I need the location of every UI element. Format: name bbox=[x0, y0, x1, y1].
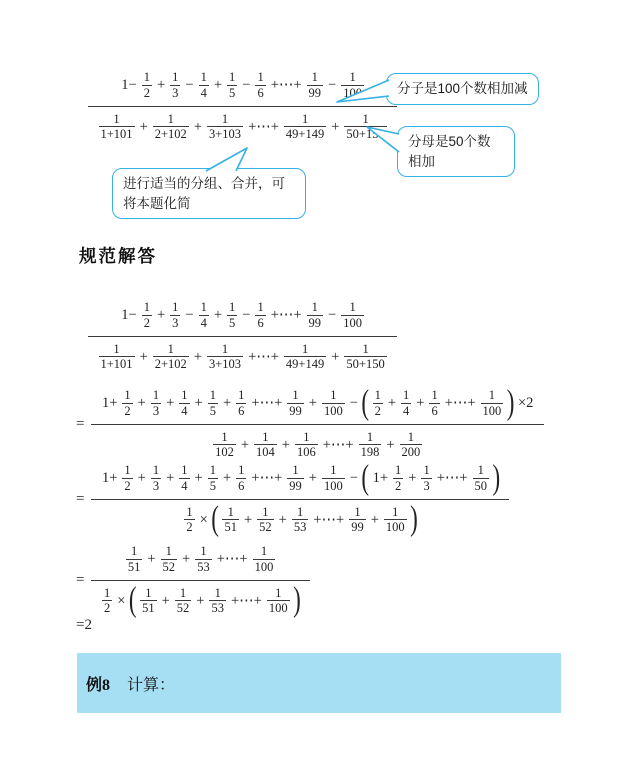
fraction: 14 bbox=[199, 300, 209, 331]
fraction-numerator: 1 bbox=[328, 463, 338, 478]
fraction-denominator: 51 bbox=[222, 519, 239, 535]
fraction-denominator: 53 bbox=[195, 559, 212, 575]
math-operator: + bbox=[138, 396, 146, 411]
fraction-numerator: 1 bbox=[310, 70, 320, 85]
fraction-denominator: 4 bbox=[179, 403, 189, 419]
fraction: 13+103 bbox=[207, 112, 243, 143]
fraction: 1198 bbox=[359, 430, 382, 461]
fraction-numerator: 1 bbox=[300, 112, 310, 127]
fraction: 151 bbox=[140, 586, 157, 617]
equals-sign: = bbox=[76, 416, 84, 433]
fraction: 1106 bbox=[295, 430, 318, 461]
fraction-denominator: 100 bbox=[322, 403, 345, 419]
fraction: 12+102 bbox=[153, 342, 189, 373]
fraction-numerator: 1 bbox=[111, 342, 121, 357]
math-operator: − bbox=[185, 308, 193, 323]
math-operator: + bbox=[309, 471, 317, 486]
math-operator: + bbox=[388, 396, 396, 411]
fraction-numerator: 1 bbox=[170, 300, 180, 315]
callout-method-note: 进行适当的分组、合并，可将本题化简 bbox=[112, 168, 306, 219]
fraction-numerator: 1 bbox=[199, 300, 209, 315]
big-fraction: 1+12+13+14+15+16+⋯+199+1100−(12+14+16+⋯+… bbox=[91, 388, 543, 460]
fraction-numerator: 1 bbox=[111, 112, 121, 127]
math-operator: − bbox=[328, 78, 336, 93]
fraction: 12 bbox=[373, 388, 383, 419]
fraction-denominator: 99 bbox=[307, 85, 324, 101]
fraction-numerator: 1 bbox=[208, 388, 218, 403]
fraction-denominator: 51 bbox=[126, 559, 143, 575]
fraction: 153 bbox=[195, 544, 212, 575]
fraction-bar bbox=[91, 424, 543, 425]
math-operator: − bbox=[242, 308, 250, 323]
fraction-denominator: 99 bbox=[287, 478, 304, 494]
math-operator: +⋯+ bbox=[251, 396, 282, 411]
math-operator: ×2 bbox=[518, 396, 533, 411]
math-operator: +⋯+ bbox=[271, 308, 302, 323]
fraction-numerator: 1 bbox=[184, 505, 194, 520]
fraction-denominator: 2 bbox=[102, 600, 112, 616]
fraction-denominator: 4 bbox=[179, 478, 189, 494]
fraction-denominator: 6 bbox=[429, 403, 439, 419]
fraction-numerator: 1 bbox=[347, 70, 357, 85]
math-operator: + bbox=[195, 396, 203, 411]
big-fraction-denominator: 1102+1104+1106+⋯+1198+1200 bbox=[203, 430, 433, 461]
math-operator: + bbox=[279, 513, 287, 528]
fraction: 16 bbox=[236, 388, 246, 419]
math-operator: + bbox=[166, 396, 174, 411]
math-operator: − bbox=[350, 396, 358, 411]
fraction-numerator: 1 bbox=[236, 388, 246, 403]
big-fraction: 1+12+13+14+15+16+⋯+199+1100−(1+12+13+⋯+1… bbox=[91, 463, 509, 535]
fraction-numerator: 1 bbox=[213, 586, 223, 601]
math-operator: +⋯+ bbox=[217, 552, 248, 567]
solution-step-4: = 151+152+153+⋯+110012×(151+152+153+⋯+11… bbox=[76, 544, 310, 616]
fraction: 12 bbox=[122, 463, 132, 494]
fraction-numerator: 1 bbox=[259, 544, 269, 559]
math-operator: +⋯+ bbox=[271, 78, 302, 93]
fraction: 14 bbox=[199, 70, 209, 101]
fraction: 152 bbox=[161, 544, 178, 575]
math-operator: + bbox=[195, 471, 203, 486]
fraction-numerator: 1 bbox=[301, 430, 311, 445]
math-operator: + bbox=[241, 438, 249, 453]
math-operator: + bbox=[214, 308, 222, 323]
fraction-denominator: 1+101 bbox=[99, 126, 135, 142]
fraction-numerator: 1 bbox=[476, 463, 486, 478]
fraction-numerator: 1 bbox=[290, 388, 300, 403]
fraction-numerator: 1 bbox=[164, 544, 174, 559]
fraction-numerator: 1 bbox=[295, 505, 305, 520]
fraction: 1200 bbox=[400, 430, 423, 461]
fraction-denominator: 53 bbox=[209, 600, 226, 616]
big-fraction-denominator: 11+101+12+102+13+103+⋯+149+149+150+150 bbox=[88, 342, 397, 373]
textbook-page: 1−12+13−14+15−16+⋯+199−110011+101+12+102… bbox=[0, 0, 642, 763]
callout-denominator-note: 分母是50个数相加 bbox=[397, 126, 515, 177]
fraction-denominator: 6 bbox=[236, 478, 246, 494]
fraction-numerator: 1 bbox=[401, 388, 411, 403]
fraction: 15 bbox=[208, 463, 218, 494]
fraction-denominator: 52 bbox=[161, 559, 178, 575]
next-example-banner: 例8 计算： bbox=[77, 653, 561, 713]
math-operator: + bbox=[140, 350, 148, 365]
fraction-numerator: 1 bbox=[365, 430, 375, 445]
fraction: 152 bbox=[175, 586, 192, 617]
fraction: 150 bbox=[473, 463, 490, 494]
fraction-numerator: 1 bbox=[406, 430, 416, 445]
math-operator: +⋯+ bbox=[313, 513, 344, 528]
fraction-denominator: 100 bbox=[253, 559, 276, 575]
fraction: 199 bbox=[349, 505, 366, 536]
math-operator: × bbox=[117, 594, 125, 609]
fraction-numerator: 1 bbox=[290, 463, 300, 478]
fraction-denominator: 3+103 bbox=[207, 356, 243, 372]
fraction-denominator: 5 bbox=[208, 403, 218, 419]
fraction-numerator: 1 bbox=[179, 388, 189, 403]
fraction-denominator: 2 bbox=[393, 478, 403, 494]
fraction: 149+149 bbox=[284, 112, 326, 143]
big-fraction: 151+152+153+⋯+110012×(151+152+153+⋯+1100… bbox=[91, 544, 309, 616]
math-operator: +⋯+ bbox=[437, 471, 468, 486]
fraction: 13 bbox=[421, 463, 431, 494]
fraction-numerator: 1 bbox=[166, 342, 176, 357]
fraction: 12 bbox=[142, 300, 152, 331]
fraction-numerator: 1 bbox=[208, 463, 218, 478]
fraction-numerator: 1 bbox=[429, 388, 439, 403]
fraction-denominator: 102 bbox=[213, 444, 236, 460]
math-operator: + bbox=[157, 308, 165, 323]
fraction-numerator: 1 bbox=[102, 586, 112, 601]
fraction: 15 bbox=[208, 388, 218, 419]
fraction-numerator: 1 bbox=[487, 388, 497, 403]
fraction-denominator: 52 bbox=[257, 519, 274, 535]
math-operator: + bbox=[223, 396, 231, 411]
fraction: 149+149 bbox=[284, 342, 326, 373]
math-operator: + bbox=[331, 120, 339, 135]
fraction-numerator: 1 bbox=[122, 388, 132, 403]
example-label: 例8 bbox=[86, 672, 110, 695]
paren-open: ( bbox=[361, 388, 369, 419]
math-operator: + bbox=[140, 120, 148, 135]
fraction: 14 bbox=[179, 388, 189, 419]
fraction-denominator: 50 bbox=[473, 478, 490, 494]
fraction-denominator: 52 bbox=[175, 600, 192, 616]
fraction-denominator: 100 bbox=[481, 403, 504, 419]
fraction: 13 bbox=[170, 70, 180, 101]
fraction: 152 bbox=[257, 505, 274, 536]
fraction-denominator: 50+150 bbox=[344, 126, 386, 142]
fraction: 12 bbox=[122, 388, 132, 419]
fraction-denominator: 6 bbox=[255, 85, 265, 101]
fraction: 12 bbox=[184, 505, 194, 536]
math-expression: 151+152+153+⋯+110012×(151+152+153+⋯+1100… bbox=[91, 544, 309, 616]
fraction: 14 bbox=[401, 388, 411, 419]
math-operator: + bbox=[196, 594, 204, 609]
paren-open: ( bbox=[361, 463, 369, 494]
fraction-numerator: 1 bbox=[227, 300, 237, 315]
math-operator: +⋯+ bbox=[248, 120, 279, 135]
paren-open: ( bbox=[129, 585, 137, 616]
fraction: 1100 bbox=[341, 300, 364, 331]
fraction-denominator: 3+103 bbox=[207, 126, 243, 142]
equals-sign: = bbox=[76, 491, 84, 508]
fraction: 150+150 bbox=[344, 112, 386, 143]
fraction: 16 bbox=[429, 388, 439, 419]
fraction-numerator: 1 bbox=[179, 463, 189, 478]
big-fraction: 1−12+13−14+15−16+⋯+199−110011+101+12+102… bbox=[88, 300, 397, 372]
math-operator: + bbox=[282, 438, 290, 453]
math-expression: 1−12+13−14+15−16+⋯+199−110011+101+12+102… bbox=[88, 70, 397, 142]
fraction-denominator: 3 bbox=[421, 478, 431, 494]
fraction: 12 bbox=[393, 463, 403, 494]
fraction: 1104 bbox=[254, 430, 277, 461]
math-operator: 1+ bbox=[102, 396, 117, 411]
math-operator: − bbox=[350, 471, 358, 486]
fraction: 13 bbox=[151, 388, 161, 419]
fraction-numerator: 1 bbox=[236, 463, 246, 478]
big-fraction-denominator: 12×(151+152+153+⋯+199+1100) bbox=[174, 505, 427, 536]
fraction-bar bbox=[88, 336, 397, 337]
fraction-denominator: 4 bbox=[199, 315, 209, 331]
fraction-denominator: 2 bbox=[184, 519, 194, 535]
fraction-numerator: 1 bbox=[347, 300, 357, 315]
fraction-numerator: 1 bbox=[143, 586, 153, 601]
fraction: 150+150 bbox=[344, 342, 386, 373]
fraction-denominator: 2+102 bbox=[153, 126, 189, 142]
math-operator: +⋯+ bbox=[251, 471, 282, 486]
fraction-numerator: 1 bbox=[255, 300, 265, 315]
math-operator: + bbox=[408, 471, 416, 486]
fraction: 199 bbox=[287, 463, 304, 494]
fraction-numerator: 1 bbox=[260, 505, 270, 520]
fraction: 1102 bbox=[213, 430, 236, 461]
fraction-numerator: 1 bbox=[255, 70, 265, 85]
math-operator: +⋯+ bbox=[248, 350, 279, 365]
solution-step-3: = 1+12+13+14+15+16+⋯+199+1100−(1+12+13+⋯… bbox=[76, 463, 509, 535]
math-operator: + bbox=[386, 438, 394, 453]
math-operator: + bbox=[157, 78, 165, 93]
math-operator: + bbox=[147, 552, 155, 567]
math-operator: + bbox=[194, 120, 202, 135]
fraction: 1100 bbox=[384, 505, 407, 536]
paren-close: ) bbox=[410, 504, 418, 535]
big-fraction-numerator: 1−12+13−14+15−16+⋯+199−1100 bbox=[111, 300, 375, 331]
fraction-numerator: 1 bbox=[373, 388, 383, 403]
fraction-denominator: 100 bbox=[322, 478, 345, 494]
fraction-numerator: 1 bbox=[360, 112, 370, 127]
math-operator: 1+ bbox=[102, 471, 117, 486]
fraction-denominator: 6 bbox=[255, 315, 265, 331]
fraction: 16 bbox=[255, 300, 265, 331]
fraction-denominator: 2+102 bbox=[153, 356, 189, 372]
math-operator: + bbox=[331, 350, 339, 365]
fraction: 12+102 bbox=[153, 112, 189, 143]
fraction-denominator: 200 bbox=[400, 444, 423, 460]
math-operator: +⋯+ bbox=[323, 438, 354, 453]
example-prompt: 计算： bbox=[127, 672, 175, 695]
fraction-denominator: 2 bbox=[122, 478, 132, 494]
fraction-denominator: 51 bbox=[140, 600, 157, 616]
fraction-denominator: 4 bbox=[199, 85, 209, 101]
fraction-bar bbox=[91, 580, 309, 581]
fraction-numerator: 1 bbox=[129, 544, 139, 559]
fraction: 199 bbox=[287, 388, 304, 419]
math-operator: − bbox=[185, 78, 193, 93]
math-operator: + bbox=[194, 350, 202, 365]
math-operator: + bbox=[182, 552, 190, 567]
math-operator: × bbox=[200, 513, 208, 528]
fraction-denominator: 1+101 bbox=[99, 356, 135, 372]
fraction-numerator: 1 bbox=[393, 463, 403, 478]
big-fraction-numerator: 1−12+13−14+15−16+⋯+199−1100 bbox=[111, 70, 375, 101]
math-operator: + bbox=[244, 513, 252, 528]
fraction: 1100 bbox=[267, 586, 290, 617]
math-operator: + bbox=[223, 471, 231, 486]
fraction-numerator: 1 bbox=[273, 586, 283, 601]
fraction-numerator: 1 bbox=[166, 112, 176, 127]
big-fraction-numerator: 151+152+153+⋯+1100 bbox=[115, 544, 285, 575]
fraction-denominator: 100 bbox=[384, 519, 407, 535]
big-fraction-numerator: 1+12+13+14+15+16+⋯+199+1100−(1+12+13+⋯+1… bbox=[91, 463, 509, 494]
math-operator: + bbox=[138, 471, 146, 486]
fraction: 1100 bbox=[341, 70, 364, 101]
fraction: 12 bbox=[142, 70, 152, 101]
fraction-denominator: 99 bbox=[349, 519, 366, 535]
fraction-numerator: 1 bbox=[219, 430, 229, 445]
math-operator: + bbox=[416, 396, 424, 411]
fraction-numerator: 1 bbox=[170, 70, 180, 85]
math-expression: 1+12+13+14+15+16+⋯+199+1100−(1+12+13+⋯+1… bbox=[91, 463, 509, 535]
big-fraction-denominator: 11+101+12+102+13+103+⋯+149+149+150+150 bbox=[88, 112, 397, 143]
fraction-denominator: 2 bbox=[122, 403, 132, 419]
fraction-numerator: 1 bbox=[226, 505, 236, 520]
fraction: 15 bbox=[227, 300, 237, 331]
fraction: 11+101 bbox=[99, 112, 135, 143]
math-expression: 1−12+13−14+15−16+⋯+199−110011+101+12+102… bbox=[88, 300, 397, 372]
fraction: 16 bbox=[255, 70, 265, 101]
fraction: 1100 bbox=[481, 388, 504, 419]
equals-sign: = bbox=[76, 572, 84, 589]
fraction: 153 bbox=[209, 586, 226, 617]
problem-expression: 1−12+13−14+15−16+⋯+199−110011+101+12+102… bbox=[88, 70, 397, 142]
fraction-denominator: 99 bbox=[287, 403, 304, 419]
fraction: 11+101 bbox=[99, 342, 135, 373]
fraction-denominator: 5 bbox=[227, 85, 237, 101]
fraction: 14 bbox=[179, 463, 189, 494]
fraction: 13 bbox=[151, 463, 161, 494]
section-heading: 规范解答 bbox=[79, 243, 157, 268]
fraction-denominator: 3 bbox=[151, 403, 161, 419]
fraction: 1100 bbox=[322, 388, 345, 419]
math-operator: 1− bbox=[121, 308, 136, 323]
fraction-numerator: 1 bbox=[360, 342, 370, 357]
fraction: 12 bbox=[102, 586, 112, 617]
fraction-numerator: 1 bbox=[328, 388, 338, 403]
paren-close: ) bbox=[507, 388, 515, 419]
big-fraction-denominator: 12×(151+152+153+⋯+1100) bbox=[91, 586, 309, 617]
fraction-numerator: 1 bbox=[300, 342, 310, 357]
paren-close: ) bbox=[293, 585, 301, 616]
fraction-denominator: 6 bbox=[236, 403, 246, 419]
fraction-numerator: 1 bbox=[198, 544, 208, 559]
fraction: 15 bbox=[227, 70, 237, 101]
fraction-denominator: 106 bbox=[295, 444, 318, 460]
fraction: 151 bbox=[126, 544, 143, 575]
math-operator: + bbox=[371, 513, 379, 528]
math-operator: 1− bbox=[121, 78, 136, 93]
math-operator: + bbox=[214, 78, 222, 93]
math-operator: − bbox=[328, 308, 336, 323]
fraction: 1100 bbox=[322, 463, 345, 494]
fraction-numerator: 1 bbox=[199, 70, 209, 85]
fraction-numerator: 1 bbox=[390, 505, 400, 520]
fraction-denominator: 50+150 bbox=[344, 356, 386, 372]
fraction: 1100 bbox=[253, 544, 276, 575]
fraction-denominator: 5 bbox=[208, 478, 218, 494]
big-fraction-numerator: 1+12+13+14+15+16+⋯+199+1100−(12+14+16+⋯+… bbox=[91, 388, 543, 419]
fraction-denominator: 4 bbox=[401, 403, 411, 419]
fraction-denominator: 3 bbox=[170, 315, 180, 331]
fraction-denominator: 2 bbox=[142, 85, 152, 101]
fraction: 16 bbox=[236, 463, 246, 494]
fraction-numerator: 1 bbox=[310, 300, 320, 315]
fraction-denominator: 100 bbox=[341, 85, 364, 101]
paren-open: ( bbox=[211, 504, 219, 535]
fraction-denominator: 3 bbox=[151, 478, 161, 494]
fraction-numerator: 1 bbox=[122, 463, 132, 478]
fraction-numerator: 1 bbox=[227, 70, 237, 85]
fraction-numerator: 1 bbox=[151, 463, 161, 478]
fraction-numerator: 1 bbox=[142, 70, 152, 85]
paren-close: ) bbox=[493, 463, 501, 494]
fraction-denominator: 100 bbox=[341, 315, 364, 331]
fraction-denominator: 99 bbox=[307, 315, 324, 331]
math-operator: +⋯+ bbox=[445, 396, 476, 411]
fraction-numerator: 1 bbox=[220, 112, 230, 127]
solution-result: =2 bbox=[76, 617, 92, 634]
math-expression: 1+12+13+14+15+16+⋯+199+1100−(12+14+16+⋯+… bbox=[91, 388, 543, 460]
fraction-numerator: 1 bbox=[260, 430, 270, 445]
fraction-numerator: 1 bbox=[352, 505, 362, 520]
solution-step-2: = 1+12+13+14+15+16+⋯+199+1100−(12+14+16+… bbox=[76, 388, 544, 460]
fraction-numerator: 1 bbox=[220, 342, 230, 357]
math-operator: + bbox=[309, 396, 317, 411]
fraction-numerator: 1 bbox=[142, 300, 152, 315]
fraction: 199 bbox=[307, 300, 324, 331]
fraction-denominator: 3 bbox=[170, 85, 180, 101]
math-operator: − bbox=[242, 78, 250, 93]
fraction-denominator: 5 bbox=[227, 315, 237, 331]
math-operator: + bbox=[166, 471, 174, 486]
fraction-denominator: 100 bbox=[267, 600, 290, 616]
math-operator: +⋯+ bbox=[231, 594, 262, 609]
big-fraction: 1−12+13−14+15−16+⋯+199−110011+101+12+102… bbox=[88, 70, 397, 142]
math-operator: 1+ bbox=[373, 471, 388, 486]
math-operator: + bbox=[162, 594, 170, 609]
fraction-denominator: 49+149 bbox=[284, 126, 326, 142]
solution-step-1: 1−12+13−14+15−16+⋯+199−110011+101+12+102… bbox=[88, 300, 397, 372]
fraction-numerator: 1 bbox=[178, 586, 188, 601]
callout-numerator-note: 分子是100个数相加减 bbox=[386, 73, 539, 105]
fraction-numerator: 1 bbox=[151, 388, 161, 403]
fraction-denominator: 2 bbox=[142, 315, 152, 331]
fraction-denominator: 53 bbox=[292, 519, 309, 535]
fraction-denominator: 49+149 bbox=[284, 356, 326, 372]
fraction: 153 bbox=[292, 505, 309, 536]
fraction: 13+103 bbox=[207, 342, 243, 373]
fraction-bar bbox=[88, 106, 397, 107]
fraction: 199 bbox=[307, 70, 324, 101]
fraction: 151 bbox=[222, 505, 239, 536]
